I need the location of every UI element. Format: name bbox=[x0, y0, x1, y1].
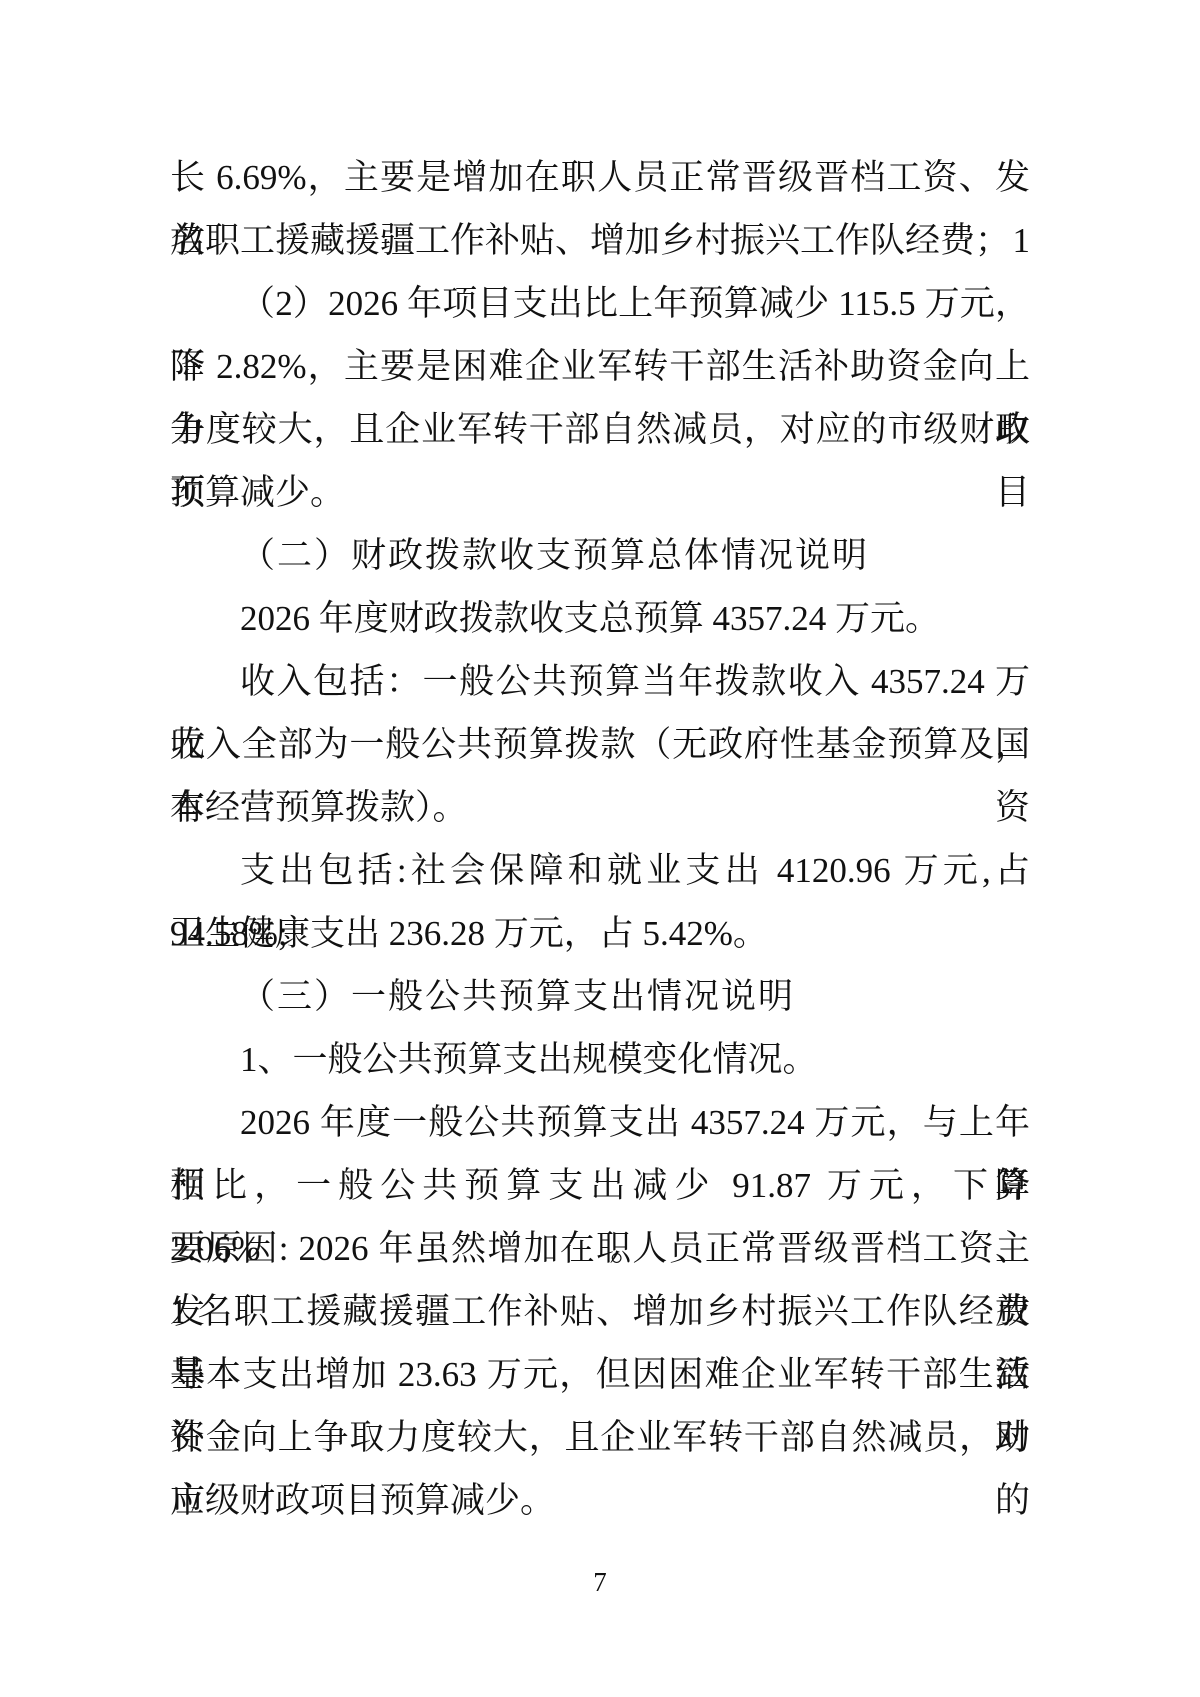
text-line: 2026 年度财政拨款收支总预算 4357.24 万元。 bbox=[170, 587, 1030, 650]
text-line: 资金向上争取力度较大，且企业军转干部自然减员，对应的 bbox=[170, 1406, 1030, 1469]
text-line: 收入全部为一般公共预算拨款（无政府性基金预算及国有资 bbox=[170, 713, 1030, 776]
text-line: 支出包括:社会保障和就业支出 4120.96 万元,占 94.58%; bbox=[170, 839, 1030, 902]
text-line: 要原因: 2026 年虽然增加在职人员正常晋级晋档工资、发放 bbox=[170, 1217, 1030, 1280]
document-body: 长 6.69%，主要是增加在职人员正常晋级晋档工资、发放 1 名职工援藏援疆工作… bbox=[170, 146, 1030, 1532]
section-heading: （三）一般公共预算支出情况说明 bbox=[170, 965, 1030, 1028]
section-heading: （二）财政拨款收支预算总体情况说明 bbox=[170, 524, 1030, 587]
text-line: 1、一般公共预算支出规模变化情况。 bbox=[170, 1028, 1030, 1091]
text-line: 2026 年度一般公共预算支出 4357.24 万元，与上年预算 bbox=[170, 1091, 1030, 1154]
text-line: 收入包括：一般公共预算当年拨款收入 4357.24 万元， bbox=[170, 650, 1030, 713]
text-line: 相比，一般公共预算支出减少 91.87 万元，下降 2.06%。主 bbox=[170, 1154, 1030, 1217]
document-page: 长 6.69%，主要是增加在职人员正常晋级晋档工资、发放 1 名职工援藏援疆工作… bbox=[0, 0, 1200, 1697]
text-line: 卫生健康支出 236.28 万元，占 5.42%。 bbox=[170, 902, 1030, 965]
text-line: 力度较大，且企业军转干部自然减员，对应的市级财政项目 bbox=[170, 398, 1030, 461]
page-number: 7 bbox=[0, 1562, 1200, 1602]
text-line: （2）2026 年项目支出比上年预算减少 115.5 万元，下 bbox=[170, 272, 1030, 335]
text-line: 基本支出增加 23.63 万元，但因困难企业军转干部生活补助 bbox=[170, 1343, 1030, 1406]
text-line: 长 6.69%，主要是增加在职人员正常晋级晋档工资、发放 1 bbox=[170, 146, 1030, 209]
text-line: 降 2.82%，主要是困难企业军转干部生活补助资金向上争取 bbox=[170, 335, 1030, 398]
text-line: 1 名职工援藏援疆工作补贴、增加乡村振兴工作队经费导致 bbox=[170, 1280, 1030, 1343]
text-line: 名职工援藏援疆工作补贴、增加乡村振兴工作队经费； bbox=[170, 209, 1030, 272]
